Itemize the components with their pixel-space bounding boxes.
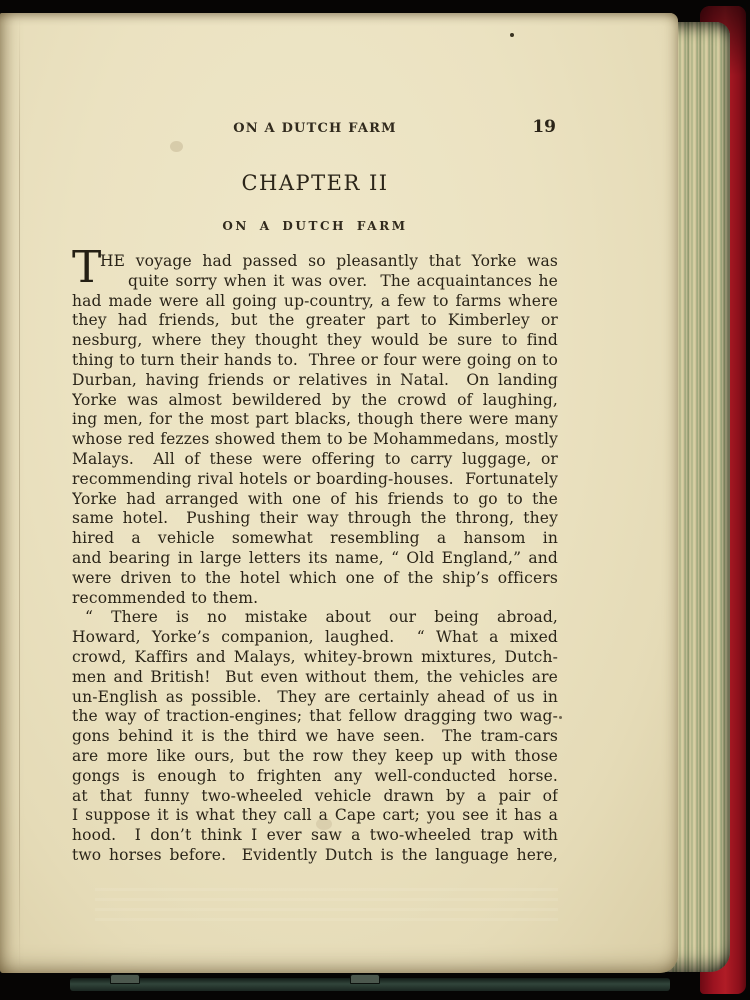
text-line: hood. I don’t think I ever saw a two-whe…: [72, 826, 558, 846]
text-line: “ There is no mistake about our being ab…: [72, 608, 558, 628]
text-line: two horses before. Evidently Dutch is th…: [72, 846, 558, 866]
scanner-clip: [350, 974, 380, 984]
scanned-book-photo: ON A DUTCH FARM 19 CHAPTER II ON A DUTCH…: [0, 0, 750, 1000]
running-header: ON A DUTCH FARM: [233, 121, 397, 136]
text-line: gons behind it is the third we have seen…: [72, 727, 558, 747]
chapter-heading: CHAPTER II: [72, 171, 558, 195]
text-line: recommended to them.: [72, 589, 558, 609]
text-line: they had friends, but the greater part t…: [72, 311, 558, 331]
text-line: were driven to the hotel which one of th…: [72, 569, 558, 589]
ink-speck: [559, 716, 562, 719]
text-line: same hotel. Pushing their way through th…: [72, 509, 558, 529]
text-line: had made were all going up-country, a fe…: [72, 292, 558, 312]
page-number: 19: [532, 117, 556, 137]
text-line: gongs is enough to frighten any well-con…: [72, 767, 558, 787]
text-line: quite sorry when it was over. The acquai…: [72, 272, 558, 292]
text-line: HE voyage had passed so pleasantly that …: [72, 252, 558, 272]
text-line: Yorke was almost bewildered by the crowd…: [72, 391, 558, 411]
body-text: T HE voyage had passed so pleasantly tha…: [72, 252, 558, 872]
text-line: the way of traction-engines; that fellow…: [72, 707, 558, 727]
text-line: at that funny two-wheeled vehicle drawn …: [72, 787, 558, 807]
text-line: men and British! But even without them, …: [72, 668, 558, 688]
scanner-clip: [110, 974, 140, 984]
text-line: hired a vehicle somewhat resembling a ha…: [72, 529, 558, 549]
text-line: Durban, having friends or relatives in N…: [72, 371, 558, 391]
paper-smudge: [170, 141, 183, 152]
text-lines: HE voyage had passed so pleasantly that …: [72, 252, 558, 866]
text-line: un-English as possible. They are certain…: [72, 688, 558, 708]
text-line: Howard, Yorke’s companion, laughed. “ Wh…: [72, 628, 558, 648]
text-line: crowd, Kaffirs and Malays, whitey-brown …: [72, 648, 558, 668]
text-line: ing men, for the most part blacks, thoug…: [72, 410, 558, 430]
text-line: whose red fezzes showed them to be Moham…: [72, 430, 558, 450]
chapter-subtitle: ON A DUTCH FARM: [72, 219, 558, 233]
book-page: ON A DUTCH FARM 19 CHAPTER II ON A DUTCH…: [0, 13, 678, 973]
drop-cap: T: [72, 251, 101, 285]
text-line: thing to turn their hands to. Three or f…: [72, 351, 558, 371]
text-line: nesburg, where they thought they would b…: [72, 331, 558, 351]
scanner-bar: [70, 978, 670, 991]
text-line: Malays. All of these were offering to ca…: [72, 450, 558, 470]
text-line: I suppose it is what they call a Cape ca…: [72, 806, 558, 826]
paper-smudge: [316, 818, 332, 830]
text-line: recommending rival hotels or boarding-ho…: [72, 470, 558, 490]
running-head-row: ON A DUTCH FARM 19: [72, 120, 558, 136]
text-line: are more like ours, but the row they kee…: [72, 747, 558, 767]
text-line: Yorke had arranged with one of his frien…: [72, 490, 558, 510]
ink-speck: [510, 33, 514, 37]
text-line: and bearing in large letters its name, “…: [72, 549, 558, 569]
